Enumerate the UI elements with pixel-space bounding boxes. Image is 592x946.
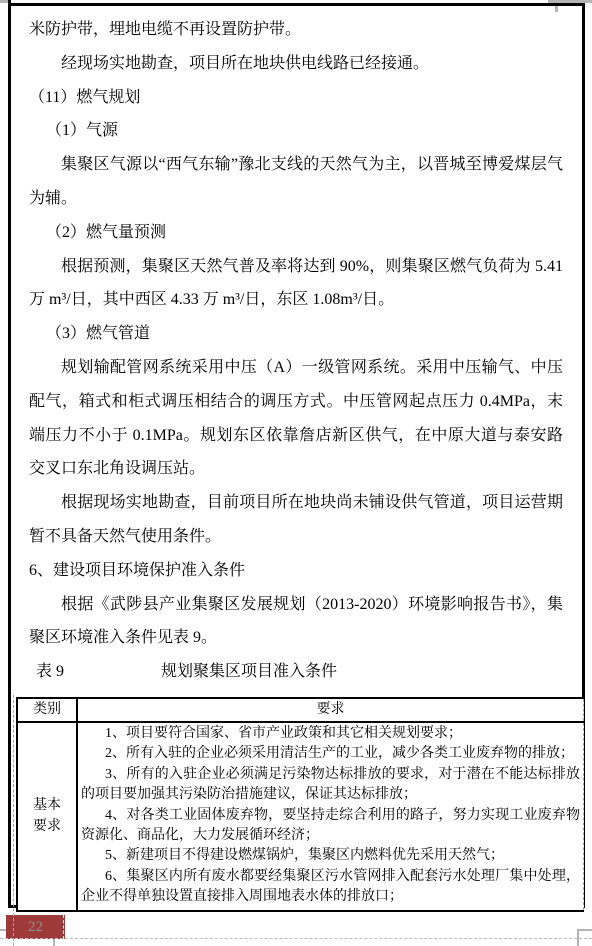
heading-gas-pipeline: （3）燃气管道	[29, 317, 563, 351]
footer-boundary-dash-horizontal	[0, 938, 592, 939]
heading-gas-planning: （11）燃气规划	[29, 81, 563, 115]
crop-mark-top-left	[0, 0, 8, 3]
table-header-requirement: 要求	[77, 698, 584, 722]
table-caption-label: 表 9	[36, 655, 64, 689]
row-label-line1: 基本	[19, 795, 75, 816]
table-row: 基本 要求 1、项目要符合国家、省市产业政策和其它相关规划要求； 2、所有入驻的…	[17, 722, 584, 911]
crop-mark-bottom-right-h	[577, 929, 592, 931]
heading-env-admittance: 6、建设项目环境保护准入条件	[29, 554, 563, 588]
table-header-row: 类别 要求	[17, 698, 584, 722]
table-left-gridline	[13, 695, 14, 946]
paragraph-buffer-zone: 米防护带，埋地电缆不再设置防护带。	[29, 13, 563, 47]
table-row-label: 基本 要求	[17, 722, 77, 911]
requirement-item-3: 3、所有的入驻企业必须满足污染物达标排放的要求，对于潜在不能达标排放的项目要加强…	[81, 765, 580, 806]
requirement-item-1: 1、项目要符合国家、省市产业政策和其它相关规划要求；	[81, 724, 580, 744]
paragraph-gas-survey: 根据现场实地勘查，目前项目所在地块尚未铺设供气管道，项目运营期暂不具备天然气使用…	[29, 486, 563, 554]
table-caption: 表 9 规划聚集区项目准入条件	[29, 655, 563, 689]
paragraph-gas-pipeline: 规划输配管网系统采用中压（A）一级管网系统。采用中压输气、中压配气，箱式和柜式调…	[29, 351, 563, 486]
table-requirements-cell: 1、项目要符合国家、省市产业政策和其它相关规划要求； 2、所有入驻的企业必须采用…	[77, 722, 584, 911]
paragraph-gas-source: 集聚区气源以“西气东输”豫北支线的天然气为主，以晋城至博爱煤层气为辅。	[29, 148, 563, 216]
page-number: 22	[6, 915, 65, 939]
table-header-category: 类别	[17, 698, 77, 722]
paragraph-power-survey: 经现场实地勘查，项目所在地块供电线路已经接通。	[29, 47, 563, 81]
heading-gas-source: （1）气源	[29, 114, 563, 148]
heading-gas-forecast: （2）燃气量预测	[29, 216, 563, 250]
admittance-table: 类别 要求 基本 要求 1、项目要符合国家、省市产业政策和其它相关规划要求； 2…	[16, 697, 584, 912]
paragraph-env-admittance-ref: 根据《武陟县产业集聚区发展规划（2013-2020）环境影响报告书》，集聚区环境…	[29, 588, 563, 656]
requirement-item-5: 5、新建项目不得建设燃煤锅炉，集聚区内燃料优先采用天然气；	[81, 846, 580, 866]
footer-boundary-dash-vertical	[63, 915, 64, 939]
crop-mark-footer-stub	[53, 939, 55, 946]
requirement-item-4: 4、对各类工业固体废弃物，要坚持走综合利用的路子，努力实现工业废弃物资源化、商品…	[81, 806, 580, 847]
requirement-item-2: 2、所有入驻的企业必须采用清洁生产的工业，减少各类工业废弃物的排放；	[81, 744, 580, 764]
page-number-badge: 22	[6, 915, 65, 939]
row-label-line2: 要求	[19, 816, 75, 837]
requirement-item-6: 6、集聚区内所有废水都要经集聚区污水管网排入配套污水处理厂集中处理，企业不得单独…	[81, 867, 580, 908]
page-border-left-extension	[8, 0, 11, 4]
paragraph-gas-forecast: 根据预测，集聚区天然气普及率将达到 90%，则集聚区燃气负荷为 5.41 万 m…	[29, 250, 563, 318]
document-page: 米防护带，埋地电缆不再设置防护带。 经现场实地勘查，项目所在地块供电线路已经接通…	[0, 0, 592, 946]
table-caption-title: 规划聚集区项目准入条件	[161, 655, 337, 689]
document-body: 米防护带，埋地电缆不再设置防护带。 经现场实地勘查，项目所在地块供电线路已经接通…	[11, 7, 563, 912]
